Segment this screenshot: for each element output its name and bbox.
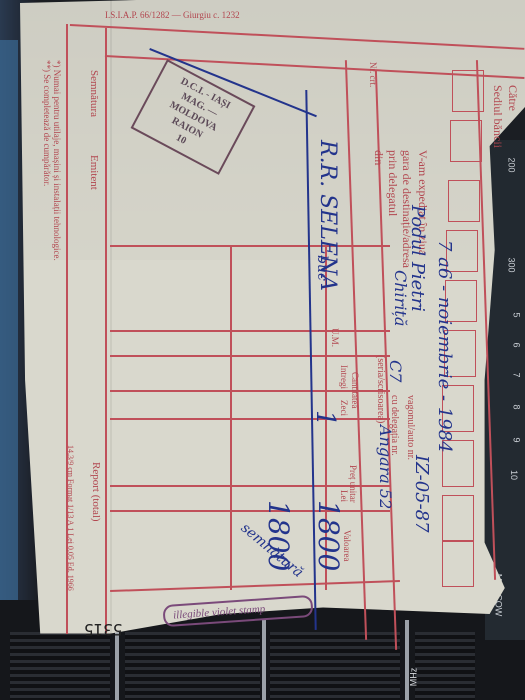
code-box: [442, 540, 474, 587]
label-din: din: [371, 150, 386, 165]
label-seria: (seria/scrisoarea): [375, 355, 386, 423]
serial-number: 5315: [84, 620, 123, 639]
footnote-2: **) Se completează de cumpărător.: [42, 60, 52, 186]
label-nr-crt: Nr. crt.: [368, 62, 378, 87]
handwritten-vagon: IZ-05-87: [411, 455, 432, 533]
label-sediul-bancii: Sediul băncii: [490, 85, 505, 148]
handwritten-quantity: 1: [310, 410, 340, 427]
handwritten-delegatia: C7: [386, 360, 405, 382]
printer-header: I.S.I.A.P. 66/1282 — Giurgiu c. 1232: [105, 10, 240, 20]
code-box: [452, 70, 484, 112]
handwritten-destination: Podul Pietri: [407, 205, 428, 312]
code-box: [442, 495, 474, 542]
form-line: [110, 390, 390, 392]
handwritten-seria: Angara 52: [376, 425, 395, 509]
background-blue-object: [0, 40, 18, 600]
radio-grille: [125, 632, 260, 700]
paper-fold: [110, 0, 112, 640]
footnote-1: *) Numai pentru utilaje, mașini și insta…: [52, 60, 62, 261]
form-line: [110, 418, 390, 420]
handwritten-date: 7 a6 - noiembrie - 1984: [434, 240, 455, 453]
form-line: [105, 28, 107, 633]
radio-grille: [415, 632, 475, 700]
radio-grille: [10, 632, 110, 700]
code-box: [448, 180, 480, 222]
label-zeci: Zeci: [339, 400, 349, 416]
label-pret-unitar: Preț unitar: [348, 465, 358, 503]
handwritten-um: buc: [314, 255, 330, 281]
label-cantitate: Cantitatea: [350, 372, 360, 408]
label-semnatura: Semnătura: [88, 70, 100, 117]
format-line: 14,3/9 cm Format 1/13 A 1 Lei 0,05 Ed. 1…: [66, 445, 75, 591]
form-line: [110, 330, 390, 332]
label-vagon: vagonul/auto nr.: [405, 395, 416, 460]
label-intregi: Intregi: [339, 365, 349, 389]
label-catre: Către: [505, 85, 520, 111]
code-box: [450, 120, 482, 162]
form-line: [110, 510, 390, 512]
radio-grille: [270, 632, 400, 700]
radio-rail: [262, 620, 266, 700]
label-report: Report (total): [90, 462, 102, 522]
label-emitent: Emitent: [88, 155, 100, 190]
form-line: [110, 355, 390, 357]
handwritten-value: 1800: [312, 500, 345, 571]
form-line: [110, 245, 390, 247]
label-um: U.M.: [330, 328, 340, 347]
handwritten-delegate: Chiriță: [391, 270, 410, 326]
form-line: [230, 245, 232, 590]
label-delegat: prin delegatul: [385, 150, 400, 216]
radio-rail: [405, 620, 409, 700]
